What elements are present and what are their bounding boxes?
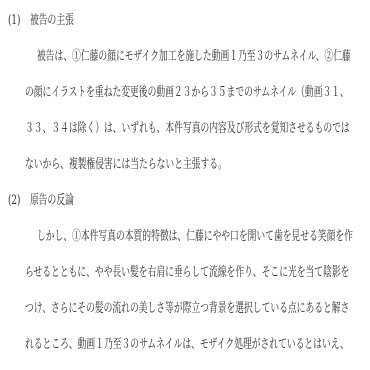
text-line: ３３、３４は除く）は、いずれも、本件写真の内容及び形式を覚知させるものでは bbox=[0, 111, 370, 147]
line-text: れるところ、動画１乃至３のサムネイルは、モザイク処理がされているとはいえ、 bbox=[25, 327, 349, 363]
line-text: つけ、さらにその髪の流れの美しさ等が際立つ背景を選択している点にあると解さ bbox=[25, 291, 349, 327]
line-text: ないから、複製権侵害には当たらないと主張する。 bbox=[25, 147, 227, 183]
section-marker: (2) bbox=[8, 183, 20, 219]
section-marker: (1) bbox=[8, 3, 20, 39]
text-line: の顔にイラストを重ねた変更後の動画２３から３５までのサムネイル（動画３１、 bbox=[0, 75, 370, 111]
line-text: 被告は、①仁藤の顔にモザイク加工を施した動画１乃至３のサムネイル、②仁藤 bbox=[37, 39, 351, 75]
section-title: 被告の主張 bbox=[30, 3, 74, 39]
legal-document-page: (1) 被告の主張 被告は、①仁藤の顔にモザイク加工を施した動画１乃至３のサムネ… bbox=[0, 0, 370, 370]
text-line: 被告は、①仁藤の顔にモザイク加工を施した動画１乃至３のサムネイル、②仁藤 bbox=[0, 39, 370, 75]
text-line: れるところ、動画１乃至３のサムネイルは、モザイク処理がされているとはいえ、 bbox=[0, 327, 370, 363]
text-line: らせるとともに、やや長い髪を右肩に垂らして流線を作り、そこに光を当て陰影を bbox=[0, 255, 370, 291]
line-text: ３３、３４は除く）は、いずれも、本件写真の内容及び形式を覚知させるものでは bbox=[25, 111, 350, 147]
document-body: (1) 被告の主張 被告は、①仁藤の顔にモザイク加工を施した動画１乃至３のサムネ… bbox=[0, 3, 370, 363]
line-text: らせるとともに、やや長い髪を右肩に垂らして流線を作り、そこに光を当て陰影を bbox=[25, 255, 349, 291]
line-text: の顔にイラストを重ねた変更後の動画２３から３５までのサムネイル（動画３１、 bbox=[25, 75, 349, 111]
text-line: つけ、さらにその髪の流れの美しさ等が際立つ背景を選択している点にあると解さ bbox=[0, 291, 370, 327]
section-heading-1: (1) 被告の主張 bbox=[0, 3, 370, 39]
text-line: しかし、①本件写真の本質的特徴は、仁藤にやや口を開いて歯を見せる笑顔を作 bbox=[0, 219, 370, 255]
line-text: しかし、①本件写真の本質的特徴は、仁藤にやや口を開いて歯を見せる笑顔を作 bbox=[37, 219, 353, 255]
text-line: ないから、複製権侵害には当たらないと主張する。 bbox=[0, 147, 370, 183]
section-heading-2: (2) 原告の反論 bbox=[0, 183, 370, 219]
section-title: 原告の反論 bbox=[30, 183, 74, 219]
